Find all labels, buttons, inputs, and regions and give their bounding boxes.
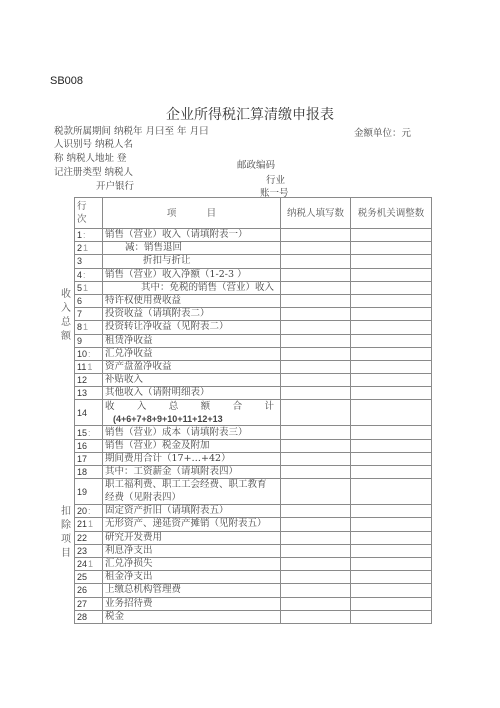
taxpayer-amount-cell[interactable] — [281, 281, 351, 294]
table-row: 10:汇兑净收益 — [75, 347, 432, 360]
form-code: SB008 — [50, 75, 83, 87]
table-row: 26上缴总机构管理费 — [75, 584, 432, 597]
table-row: 81投资转让净收益（见附表二） — [75, 321, 432, 334]
taxpayer-amount-cell[interactable] — [281, 268, 351, 281]
row-number-text: 24 — [77, 559, 87, 569]
item-label: 业务招待费 — [103, 597, 281, 610]
row-number-text: 4 — [77, 270, 82, 280]
row-number: 3 — [75, 255, 103, 268]
tax-authority-adjustment-cell[interactable] — [351, 466, 432, 479]
row-number-text: 10 — [77, 349, 87, 359]
table-row: 20:固定资产折旧（请填附表五） — [75, 505, 432, 518]
row-number: 17 — [75, 452, 103, 465]
row-number-text: 28 — [77, 612, 87, 622]
taxpayer-amount-cell[interactable] — [281, 229, 351, 242]
item-label-char: 入 — [137, 401, 147, 413]
registration-type-line: 记注册类型 纳税人 — [54, 166, 133, 180]
item-label-char: 总 — [169, 401, 179, 413]
table-row: 12补贴收入 — [75, 374, 432, 387]
tax-authority-adjustment-cell[interactable] — [351, 334, 432, 347]
tax-authority-adjustment-cell[interactable] — [351, 321, 432, 334]
row-number-text: 3 — [77, 256, 82, 266]
tax-authority-adjustment-cell[interactable] — [351, 374, 432, 387]
item-label: 特许权使用费收益 — [103, 294, 281, 307]
bank-label: 开户银行 — [96, 180, 134, 194]
item-formula: (4+6+7+8+9+10+11+12+13 — [105, 413, 278, 425]
table-row: 4:销售（营业）收入净额（1-2-3 ） — [75, 268, 432, 281]
table-row: 27业务招待费 — [75, 597, 432, 610]
taxpayer-amount-cell[interactable] — [281, 531, 351, 544]
tax-authority-adjustment-cell[interactable] — [351, 268, 432, 281]
row-number: 22 — [75, 531, 103, 544]
row-number-text: 6 — [77, 296, 82, 306]
taxpayer-amount-cell[interactable] — [281, 334, 351, 347]
table-row: 15:销售（营业）成本（请填附表三） — [75, 426, 432, 439]
row-number: 18 — [75, 466, 103, 479]
row-number: 16 — [75, 439, 103, 452]
table-row: 18其中：工资薪金（请填附表四） — [75, 466, 432, 479]
tax-authority-adjustment-cell[interactable] — [351, 479, 432, 505]
row-number-text: 7 — [77, 309, 82, 319]
row-number: 20: — [75, 505, 103, 518]
row-number-text: 5 — [77, 283, 82, 293]
tax-authority-adjustment-cell[interactable] — [351, 281, 432, 294]
taxpayer-amount-cell[interactable] — [281, 294, 351, 307]
item-label: 研究开发费用 — [103, 531, 281, 544]
row-number: 19 — [75, 479, 103, 505]
item-label: 租金净支出 — [103, 571, 281, 584]
row-number-mark: : — [88, 428, 91, 438]
table-row: 51其中：免税的销售（营业）收入 — [75, 281, 432, 294]
taxpayer-name-line: 称 纳税人地址 登 — [54, 152, 127, 166]
taxpayer-amount-cell[interactable] — [281, 597, 351, 610]
item-label: 减：销售退回 — [103, 242, 281, 255]
item-label: 收入总额合计(4+6+7+8+9+10+11+12+13 — [103, 400, 281, 426]
table-row: 17期间费用合计（17+…+42） — [75, 452, 432, 465]
tax-authority-adjustment-cell[interactable] — [351, 387, 432, 400]
row-number-text: 20 — [77, 506, 87, 516]
postal-code-label: 邮政编码 — [237, 159, 275, 173]
taxpayer-amount-cell[interactable] — [281, 255, 351, 268]
tax-authority-adjustment-cell[interactable] — [351, 610, 432, 623]
row-number-text: 1 — [77, 230, 82, 240]
row-number-text: 14 — [77, 408, 87, 418]
row-number: 1: — [75, 229, 103, 242]
table-header-row: 行 次 项 目 纳税人填写数 税务机关调整数 — [75, 198, 432, 229]
table-row: 3折扣与折让 — [75, 255, 432, 268]
row-number-mark: 1 — [88, 559, 93, 569]
taxpayer-amount-cell[interactable] — [281, 387, 351, 400]
row-number-text: 8 — [77, 322, 82, 332]
row-number-text: 11 — [77, 362, 86, 372]
table-row: 241汇兑净损失 — [75, 557, 432, 570]
section-label-deduction: 扣除项目 — [60, 505, 72, 561]
tax-authority-adjustment-cell[interactable] — [351, 400, 432, 426]
row-number: 6 — [75, 294, 103, 307]
tax-authority-adjustment-cell[interactable] — [351, 255, 432, 268]
column-header-item: 项 目 — [103, 198, 281, 229]
item-label: 投资转让净收益（见附表二） — [103, 321, 281, 334]
row-number: 211 — [75, 518, 103, 531]
tax-period-line: 税款所属期间 纳税年 月曰至 年 月曰 — [54, 125, 209, 139]
item-label: 租赁净收益 — [103, 334, 281, 347]
item-label-char: 合 — [233, 401, 243, 413]
taxpayer-amount-cell[interactable] — [281, 466, 351, 479]
row-number-mark: : — [88, 349, 91, 359]
taxpayer-amount-cell[interactable] — [281, 544, 351, 557]
tax-authority-adjustment-cell[interactable] — [351, 347, 432, 360]
row-number-mark: : — [83, 270, 86, 280]
item-label: 上缴总机构管理费 — [103, 584, 281, 597]
row-number: 241 — [75, 557, 103, 570]
row-number: 51 — [75, 281, 103, 294]
row-number-mark: 1 — [88, 519, 93, 529]
row-number-text: 25 — [77, 572, 87, 582]
row-number-text: 23 — [77, 546, 87, 556]
table-row: 21减：销售退回 — [75, 242, 432, 255]
item-label: 汇兑净损失 — [103, 557, 281, 570]
tax-authority-adjustment-cell[interactable] — [351, 452, 432, 465]
row-number-text: 22 — [77, 533, 87, 543]
page-title: 企业所得税汇算清缴申报表 — [0, 104, 500, 124]
row-number-text: 12 — [77, 375, 87, 385]
row-number: 13 — [75, 387, 103, 400]
row-number-mark: : — [83, 230, 86, 240]
row-number: 14 — [75, 400, 103, 426]
item-label: 利息净支出 — [103, 544, 281, 557]
item-label: 销售（营业）收入净额（1-2-3 ） — [103, 268, 281, 281]
row-number-text: 17 — [77, 454, 87, 464]
row-number-text: 21 — [77, 519, 87, 529]
row-number-text: 27 — [77, 599, 87, 609]
row-number: 7 — [75, 308, 103, 321]
row-number-text: 26 — [77, 585, 87, 595]
taxpayer-amount-cell[interactable] — [281, 571, 351, 584]
item-label: 固定资产折旧（请填附表五） — [103, 505, 281, 518]
item-label-char: 额 — [201, 401, 211, 413]
row-number: 21 — [75, 242, 103, 255]
row-number-mark: 1 — [83, 283, 88, 293]
taxpayer-amount-cell[interactable] — [281, 308, 351, 321]
taxpayer-amount-cell[interactable] — [281, 439, 351, 452]
row-number-text: 15 — [77, 428, 87, 438]
taxpayer-amount-cell[interactable] — [281, 557, 351, 570]
tax-authority-adjustment-cell[interactable] — [351, 360, 432, 373]
row-number-text: 19 — [77, 487, 87, 497]
item-label: 销售（营业）成本（请填附表三） — [103, 426, 281, 439]
table-row: 25租金净支出 — [75, 571, 432, 584]
item-label: 汇兑净收益 — [103, 347, 281, 360]
row-number-mark: 1 — [83, 243, 88, 253]
item-label: 税金 — [103, 610, 281, 623]
item-label: 销售（营业）收入（请填附表一） — [103, 229, 281, 242]
taxpayer-amount-cell[interactable] — [281, 321, 351, 334]
tax-authority-adjustment-cell[interactable] — [351, 597, 432, 610]
row-number: 15: — [75, 426, 103, 439]
tax-authority-adjustment-cell[interactable] — [351, 584, 432, 597]
row-number-text: 18 — [77, 467, 87, 477]
taxpayer-amount-cell[interactable] — [281, 242, 351, 255]
table-row: 28税金 — [75, 610, 432, 623]
taxpayer-amount-cell[interactable] — [281, 347, 351, 360]
column-header-tax-authority: 税务机关调整数 — [351, 198, 432, 229]
taxpayer-amount-cell[interactable] — [281, 426, 351, 439]
row-number: 27 — [75, 597, 103, 610]
table-row: 23利息净支出 — [75, 544, 432, 557]
row-number: 10: — [75, 347, 103, 360]
row-number: 12 — [75, 374, 103, 387]
tax-authority-adjustment-cell[interactable] — [351, 439, 432, 452]
item-label: 销售（营业）税金及附加 — [103, 439, 281, 452]
row-number-mark: : — [88, 506, 91, 516]
table-row: 16销售（营业）税金及附加 — [75, 439, 432, 452]
table-row: 14收入总额合计(4+6+7+8+9+10+11+12+13 — [75, 400, 432, 426]
taxpayer-amount-cell[interactable] — [281, 518, 351, 531]
item-label: 资产盘盈净收益 — [103, 360, 281, 373]
taxpayer-amount-cell[interactable] — [281, 584, 351, 597]
tax-authority-adjustment-cell[interactable] — [351, 544, 432, 557]
taxpayer-amount-cell[interactable] — [281, 374, 351, 387]
table-row: 19职工福利费、职工工会经费、职工教育 经费（见附表四） — [75, 479, 432, 505]
item-label: 折扣与折让 — [103, 255, 281, 268]
tax-authority-adjustment-cell[interactable] — [351, 229, 432, 242]
row-number: 25 — [75, 571, 103, 584]
tax-authority-adjustment-cell[interactable] — [351, 426, 432, 439]
taxpayer-amount-cell[interactable] — [281, 479, 351, 505]
section-label-income: 收入总额 — [60, 288, 72, 344]
tax-authority-adjustment-cell[interactable] — [351, 557, 432, 570]
tax-authority-adjustment-cell[interactable] — [351, 308, 432, 321]
row-number-text: 16 — [77, 441, 87, 451]
taxpayer-amount-cell[interactable] — [281, 610, 351, 623]
table-row: 7投资收益（请填附表二） — [75, 308, 432, 321]
row-number-text: 9 — [77, 336, 82, 346]
item-label: 职工福利费、职工工会经费、职工教育 经费（见附表四） — [103, 479, 281, 505]
row-number: 23 — [75, 544, 103, 557]
table-row: 6特许权使用费收益 — [75, 294, 432, 307]
amount-unit-label: 金额单位：元 — [354, 125, 411, 139]
industry-label: 行业 — [266, 174, 285, 188]
tax-authority-adjustment-cell[interactable] — [351, 571, 432, 584]
item-label: 无形资产、递延资产摊销（见附表五） — [103, 518, 281, 531]
row-number-text: 2 — [77, 243, 82, 253]
column-header-row-no: 行 次 — [75, 198, 103, 229]
row-number-mark: 1 — [83, 322, 88, 332]
item-label: 其他收入（请附明细表） — [103, 387, 281, 400]
table-row: 9租赁净收益 — [75, 334, 432, 347]
table-row: 1:销售（营业）收入（请填附表一） — [75, 229, 432, 242]
table-row: 13其他收入（请附明细表） — [75, 387, 432, 400]
table-row: 211无形资产、递延资产摊销（见附表五） — [75, 518, 432, 531]
row-number: 81 — [75, 321, 103, 334]
row-number: 9 — [75, 334, 103, 347]
table-row: 111资产盘盈净收益 — [75, 360, 432, 373]
tax-authority-adjustment-cell[interactable] — [351, 531, 432, 544]
taxpayer-amount-cell[interactable] — [281, 400, 351, 426]
taxpayer-amount-cell[interactable] — [281, 505, 351, 518]
column-header-taxpayer: 纳税人填写数 — [281, 198, 351, 229]
row-number: 26 — [75, 584, 103, 597]
tax-authority-adjustment-cell[interactable] — [351, 242, 432, 255]
tax-authority-adjustment-cell[interactable] — [351, 518, 432, 531]
item-label: 其中：工资薪金（请填附表四） — [103, 466, 281, 479]
item-label: 期间费用合计（17+…+42） — [103, 452, 281, 465]
item-label: 补贴收入 — [103, 374, 281, 387]
row-number-mark: 1 — [87, 362, 92, 372]
item-label-char: 收 — [105, 401, 115, 413]
taxpayer-amount-cell[interactable] — [281, 360, 351, 373]
row-number: 4: — [75, 268, 103, 281]
row-number: 111 — [75, 360, 103, 373]
row-number-text: 13 — [77, 388, 87, 398]
taxpayer-amount-cell[interactable] — [281, 452, 351, 465]
tax-authority-adjustment-cell[interactable] — [351, 505, 432, 518]
taxpayer-id-line: 人识别号 纳税人名 — [54, 138, 133, 152]
row-number: 28 — [75, 610, 103, 623]
tax-authority-adjustment-cell[interactable] — [351, 294, 432, 307]
item-label: 其中：免税的销售（营业）收入 — [103, 281, 281, 294]
item-label-char: 计 — [264, 401, 274, 413]
table-row: 22研究开发费用 — [75, 531, 432, 544]
item-label: 投资收益（请填附表二） — [103, 308, 281, 321]
tax-return-table: 行 次 项 目 纳税人填写数 税务机关调整数 1:销售（营业）收入（请填附表一）… — [74, 197, 432, 624]
